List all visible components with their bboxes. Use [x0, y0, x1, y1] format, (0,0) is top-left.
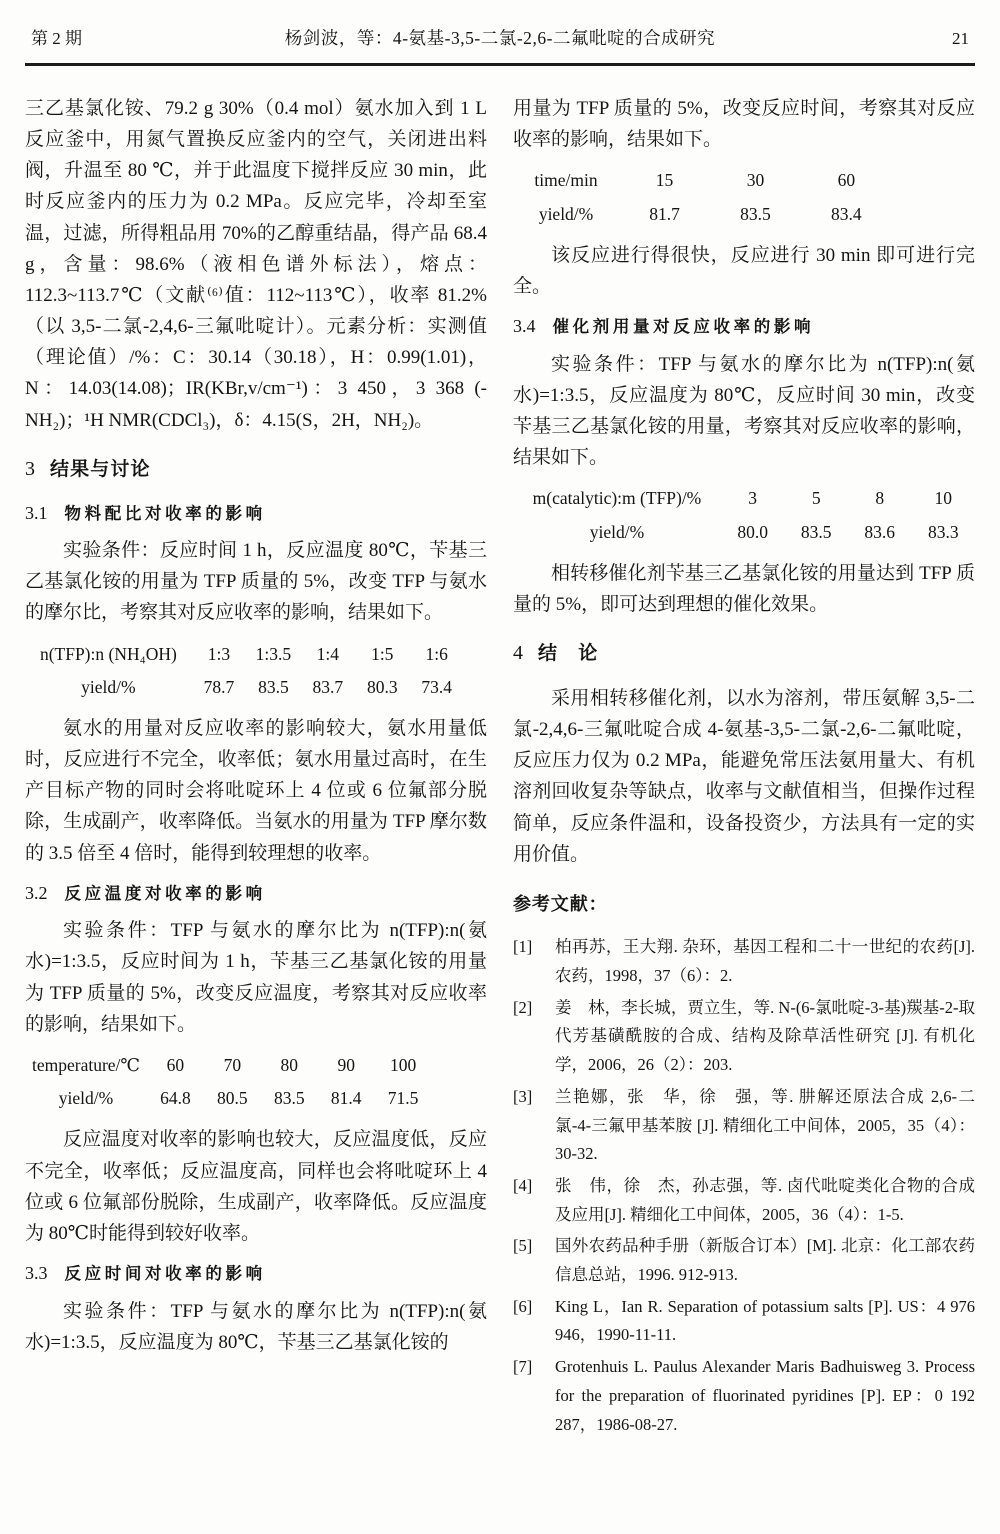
section-3-4-heading: 3.4 催化剂用量对反应收率的影响 — [513, 312, 975, 342]
table-cell: 60 — [801, 164, 892, 197]
temperature-yield-table: temperature/℃ 60 70 80 90 100 yield/% 64… — [25, 1049, 487, 1116]
table-row: n(TFP):n (NH₄OH) 1:3 1:3.5 1:4 1:5 1:6 — [25, 638, 487, 671]
table-cell: 83.5 — [784, 516, 848, 549]
section-3-2-heading: 3.2 反应温度对收率的影响 — [25, 879, 487, 909]
table-cell: 8 — [848, 482, 912, 515]
table-cell: 83.6 — [848, 516, 912, 549]
table-cell: 1:6 — [409, 638, 463, 671]
section-title: 结 论 — [538, 638, 598, 669]
subsection-title: 反应时间对收率的影响 — [65, 1260, 266, 1287]
paragraph-3-3-conditions-start: 实验条件：TFP 与氨水的摩尔比为 n(TFP):n(氨水)=1:3.5，反应温… — [25, 1296, 487, 1358]
section-title: 结果与讨论 — [50, 454, 151, 485]
issue-label: 第 2 期 — [31, 24, 161, 49]
reference-item: [7] Grotenhuis L. Paulus Alexander Maris… — [513, 1353, 975, 1439]
table-cell: 5 — [784, 482, 848, 515]
section-number: 4 — [513, 637, 523, 670]
table-cell: 71.5 — [375, 1082, 432, 1115]
paragraph-3-4-discussion: 相转移催化剂苄基三乙基氯化铵的用量达到 TFP 质量的 5%，即可达到理想的催化… — [513, 558, 975, 620]
subsection-number: 3.1 — [25, 499, 48, 529]
table-row-label: time/min — [513, 164, 619, 197]
table-cell: 1:3 — [192, 638, 246, 671]
table-cell: 83.7 — [301, 671, 355, 704]
reference-number: [6] — [513, 1293, 555, 1350]
table-cell: 10 — [911, 482, 975, 515]
table-cell: 64.8 — [147, 1082, 204, 1115]
table-cell: 70 — [204, 1049, 261, 1082]
right-column: 用量为 TFP 质量的 5%，改变反应时间，考察其对反应收率的影响，结果如下。 … — [513, 93, 975, 1442]
reference-item: [5] 国外农药品种手册（新版合订本）[M]. 北京：化工部农药信息总站，199… — [513, 1232, 975, 1289]
section-number: 3 — [25, 453, 35, 486]
table-cell: 1:3.5 — [246, 638, 300, 671]
table-row: yield/% 80.0 83.5 83.6 83.3 — [513, 516, 975, 549]
table-cell: 78.7 — [192, 671, 246, 704]
section-3-3-heading: 3.3 反应时间对收率的影响 — [25, 1259, 487, 1289]
journal-page: 第 2 期 杨剑波，等：4-氨基-3,5-二氯-2,6-二氟吡啶的合成研究 21… — [0, 0, 1000, 1534]
reference-item: [3] 兰艳娜，张 华，徐 强，等. 肼解还原法合成 2,6-二氯-4-三氟甲基… — [513, 1083, 975, 1169]
paragraph-3-1-conditions: 实验条件：反应时间 1 h，反应温度 80℃，苄基三乙基氯化铵的用量为 TFP … — [25, 535, 487, 628]
table-row: m(catalytic):m (TFP)/% 3 5 8 10 — [513, 482, 975, 515]
table-cell: 3 — [721, 482, 785, 515]
table-row-label: temperature/℃ — [25, 1049, 147, 1082]
paragraph-3-3-conditions-continued: 用量为 TFP 质量的 5%，改变反应时间，考察其对反应收率的影响，结果如下。 — [513, 93, 975, 155]
reference-number: [7] — [513, 1353, 555, 1439]
table-cell: 83.3 — [911, 516, 975, 549]
subsection-number: 3.3 — [25, 1259, 48, 1289]
table-row-label: yield/% — [513, 516, 721, 549]
references-heading: 参考文献： — [513, 890, 975, 920]
table-row: time/min 15 30 60 — [513, 164, 975, 197]
table-cell: 15 — [619, 164, 710, 197]
paragraph-experimental-continued: 三乙基氯化铵、79.2 g 30%（0.4 mol）氨水加入到 1 L 反应釜中… — [25, 93, 487, 436]
references-list: [1] 柏再苏，王大翔. 杂环，基因工程和二十一世纪的农药[J]. 农药，199… — [513, 933, 975, 1439]
reference-number: [5] — [513, 1232, 555, 1289]
reference-number: [1] — [513, 933, 555, 990]
table-cell: 81.4 — [318, 1082, 375, 1115]
section-3-1-heading: 3.1 物料配比对收率的影响 — [25, 499, 487, 529]
reference-text: 姜 林，李长城，贾立生，等. N-(6-氯吡啶-3-基)羰基-2-取代芳基磺酰胺… — [555, 994, 975, 1080]
table-row: yield/% 78.7 83.5 83.7 80.3 73.4 — [25, 671, 487, 704]
table-cell: 80.5 — [204, 1082, 261, 1115]
table-cell: 81.7 — [619, 198, 710, 231]
table-row-label: yield/% — [25, 671, 192, 704]
table-row-label: m(catalytic):m (TFP)/% — [513, 482, 721, 515]
reference-number: [3] — [513, 1083, 555, 1169]
table-row-label: n(TFP):n (NH₄OH) — [25, 638, 192, 671]
reference-number: [2] — [513, 994, 555, 1080]
table-cell: 80.0 — [721, 516, 785, 549]
reference-text: Grotenhuis L. Paulus Alexander Maris Bad… — [555, 1353, 975, 1439]
table-cell: 90 — [318, 1049, 375, 1082]
two-column-body: 三乙基氯化铵、79.2 g 30%（0.4 mol）氨水加入到 1 L 反应釜中… — [25, 93, 975, 1442]
paragraph-3-2-discussion: 反应温度对收率的影响也较大，反应温度低，反应不完全，收率低；反应温度高，同样也会… — [25, 1124, 487, 1249]
reference-text: 张 伟，徐 杰，孙志强，等. 卤代吡啶类化合物的合成及应用[J]. 精细化工中间… — [555, 1172, 975, 1229]
table-row: temperature/℃ 60 70 80 90 100 — [25, 1049, 487, 1082]
paragraph-3-3-discussion: 该反应进行得很快，反应进行 30 min 即可进行完全。 — [513, 240, 975, 302]
paragraph-3-2-conditions: 实验条件：TFP 与氨水的摩尔比为 n(TFP):n(氨水)=1:3.5，反应时… — [25, 915, 487, 1040]
section-3-heading: 3 结果与讨论 — [25, 453, 487, 486]
subsection-number: 3.4 — [513, 312, 536, 342]
table-row-label: yield/% — [513, 198, 619, 231]
section-4-heading: 4 结 论 — [513, 637, 975, 670]
paragraph-3-1-discussion: 氨水的用量对反应收率的影响较大，氨水用量低时，反应进行不完全，收率低；氨水用量过… — [25, 713, 487, 869]
reference-text: King L，Ian R. Separation of potassium sa… — [555, 1293, 975, 1350]
table-cell: 83.5 — [261, 1082, 318, 1115]
table-cell: 80.3 — [355, 671, 409, 704]
table-cell: 100 — [375, 1049, 432, 1082]
reference-item: [6] King L，Ian R. Separation of potassiu… — [513, 1293, 975, 1350]
page-header: 第 2 期 杨剑波，等：4-氨基-3,5-二氯-2,6-二氟吡啶的合成研究 21 — [25, 24, 975, 50]
header-rule — [25, 63, 975, 66]
table-cell: 1:5 — [355, 638, 409, 671]
subsection-title: 催化剂用量对反应收率的影响 — [553, 313, 815, 340]
reference-text: 兰艳娜，张 华，徐 强，等. 肼解还原法合成 2,6-二氯-4-三氟甲基苯胺 [… — [555, 1083, 975, 1169]
page-number: 21 — [839, 29, 969, 49]
subsection-title: 物料配比对收率的影响 — [65, 500, 266, 527]
subsection-number: 3.2 — [25, 879, 48, 909]
time-yield-table: time/min 15 30 60 yield/% 81.7 83.5 83.4 — [513, 164, 975, 231]
table-cell: 83.5 — [710, 198, 801, 231]
catalyst-yield-table: m(catalytic):m (TFP)/% 3 5 8 10 yield/% … — [513, 482, 975, 549]
reference-item: [2] 姜 林，李长城，贾立生，等. N-(6-氯吡啶-3-基)羰基-2-取代芳… — [513, 994, 975, 1080]
running-title: 杨剑波，等：4-氨基-3,5-二氯-2,6-二氟吡啶的合成研究 — [161, 25, 839, 50]
table-row-label: yield/% — [25, 1082, 147, 1115]
table-row: yield/% 81.7 83.5 83.4 — [513, 198, 975, 231]
paragraph-3-4-conditions: 实验条件：TFP 与氨水的摩尔比为 n(TFP):n(氨水)=1:3.5，反应温… — [513, 349, 975, 474]
reference-item: [4] 张 伟，徐 杰，孙志强，等. 卤代吡啶类化合物的合成及应用[J]. 精细… — [513, 1172, 975, 1229]
table-cell: 80 — [261, 1049, 318, 1082]
paragraph-conclusion: 采用相转移催化剂，以水为溶剂，带压氨解 3,5-二氯-2,4,6-三氟吡啶合成 … — [513, 683, 975, 870]
reference-number: [4] — [513, 1172, 555, 1229]
reference-text: 国外农药品种手册（新版合订本）[M]. 北京：化工部农药信息总站，1996. 9… — [555, 1232, 975, 1289]
reference-item: [1] 柏再苏，王大翔. 杂环，基因工程和二十一世纪的农药[J]. 农药，199… — [513, 933, 975, 990]
left-column: 三乙基氯化铵、79.2 g 30%（0.4 mol）氨水加入到 1 L 反应釜中… — [25, 93, 487, 1442]
table-cell: 60 — [147, 1049, 204, 1082]
table-cell: 73.4 — [409, 671, 463, 704]
table-row: yield/% 64.8 80.5 83.5 81.4 71.5 — [25, 1082, 487, 1115]
subsection-title: 反应温度对收率的影响 — [65, 880, 266, 907]
ratio-yield-table: n(TFP):n (NH₄OH) 1:3 1:3.5 1:4 1:5 1:6 y… — [25, 638, 487, 705]
table-cell: 1:4 — [301, 638, 355, 671]
table-cell: 30 — [710, 164, 801, 197]
table-cell: 83.5 — [246, 671, 300, 704]
table-cell: 83.4 — [801, 198, 892, 231]
reference-text: 柏再苏，王大翔. 杂环，基因工程和二十一世纪的农药[J]. 农药，1998，37… — [555, 933, 975, 990]
